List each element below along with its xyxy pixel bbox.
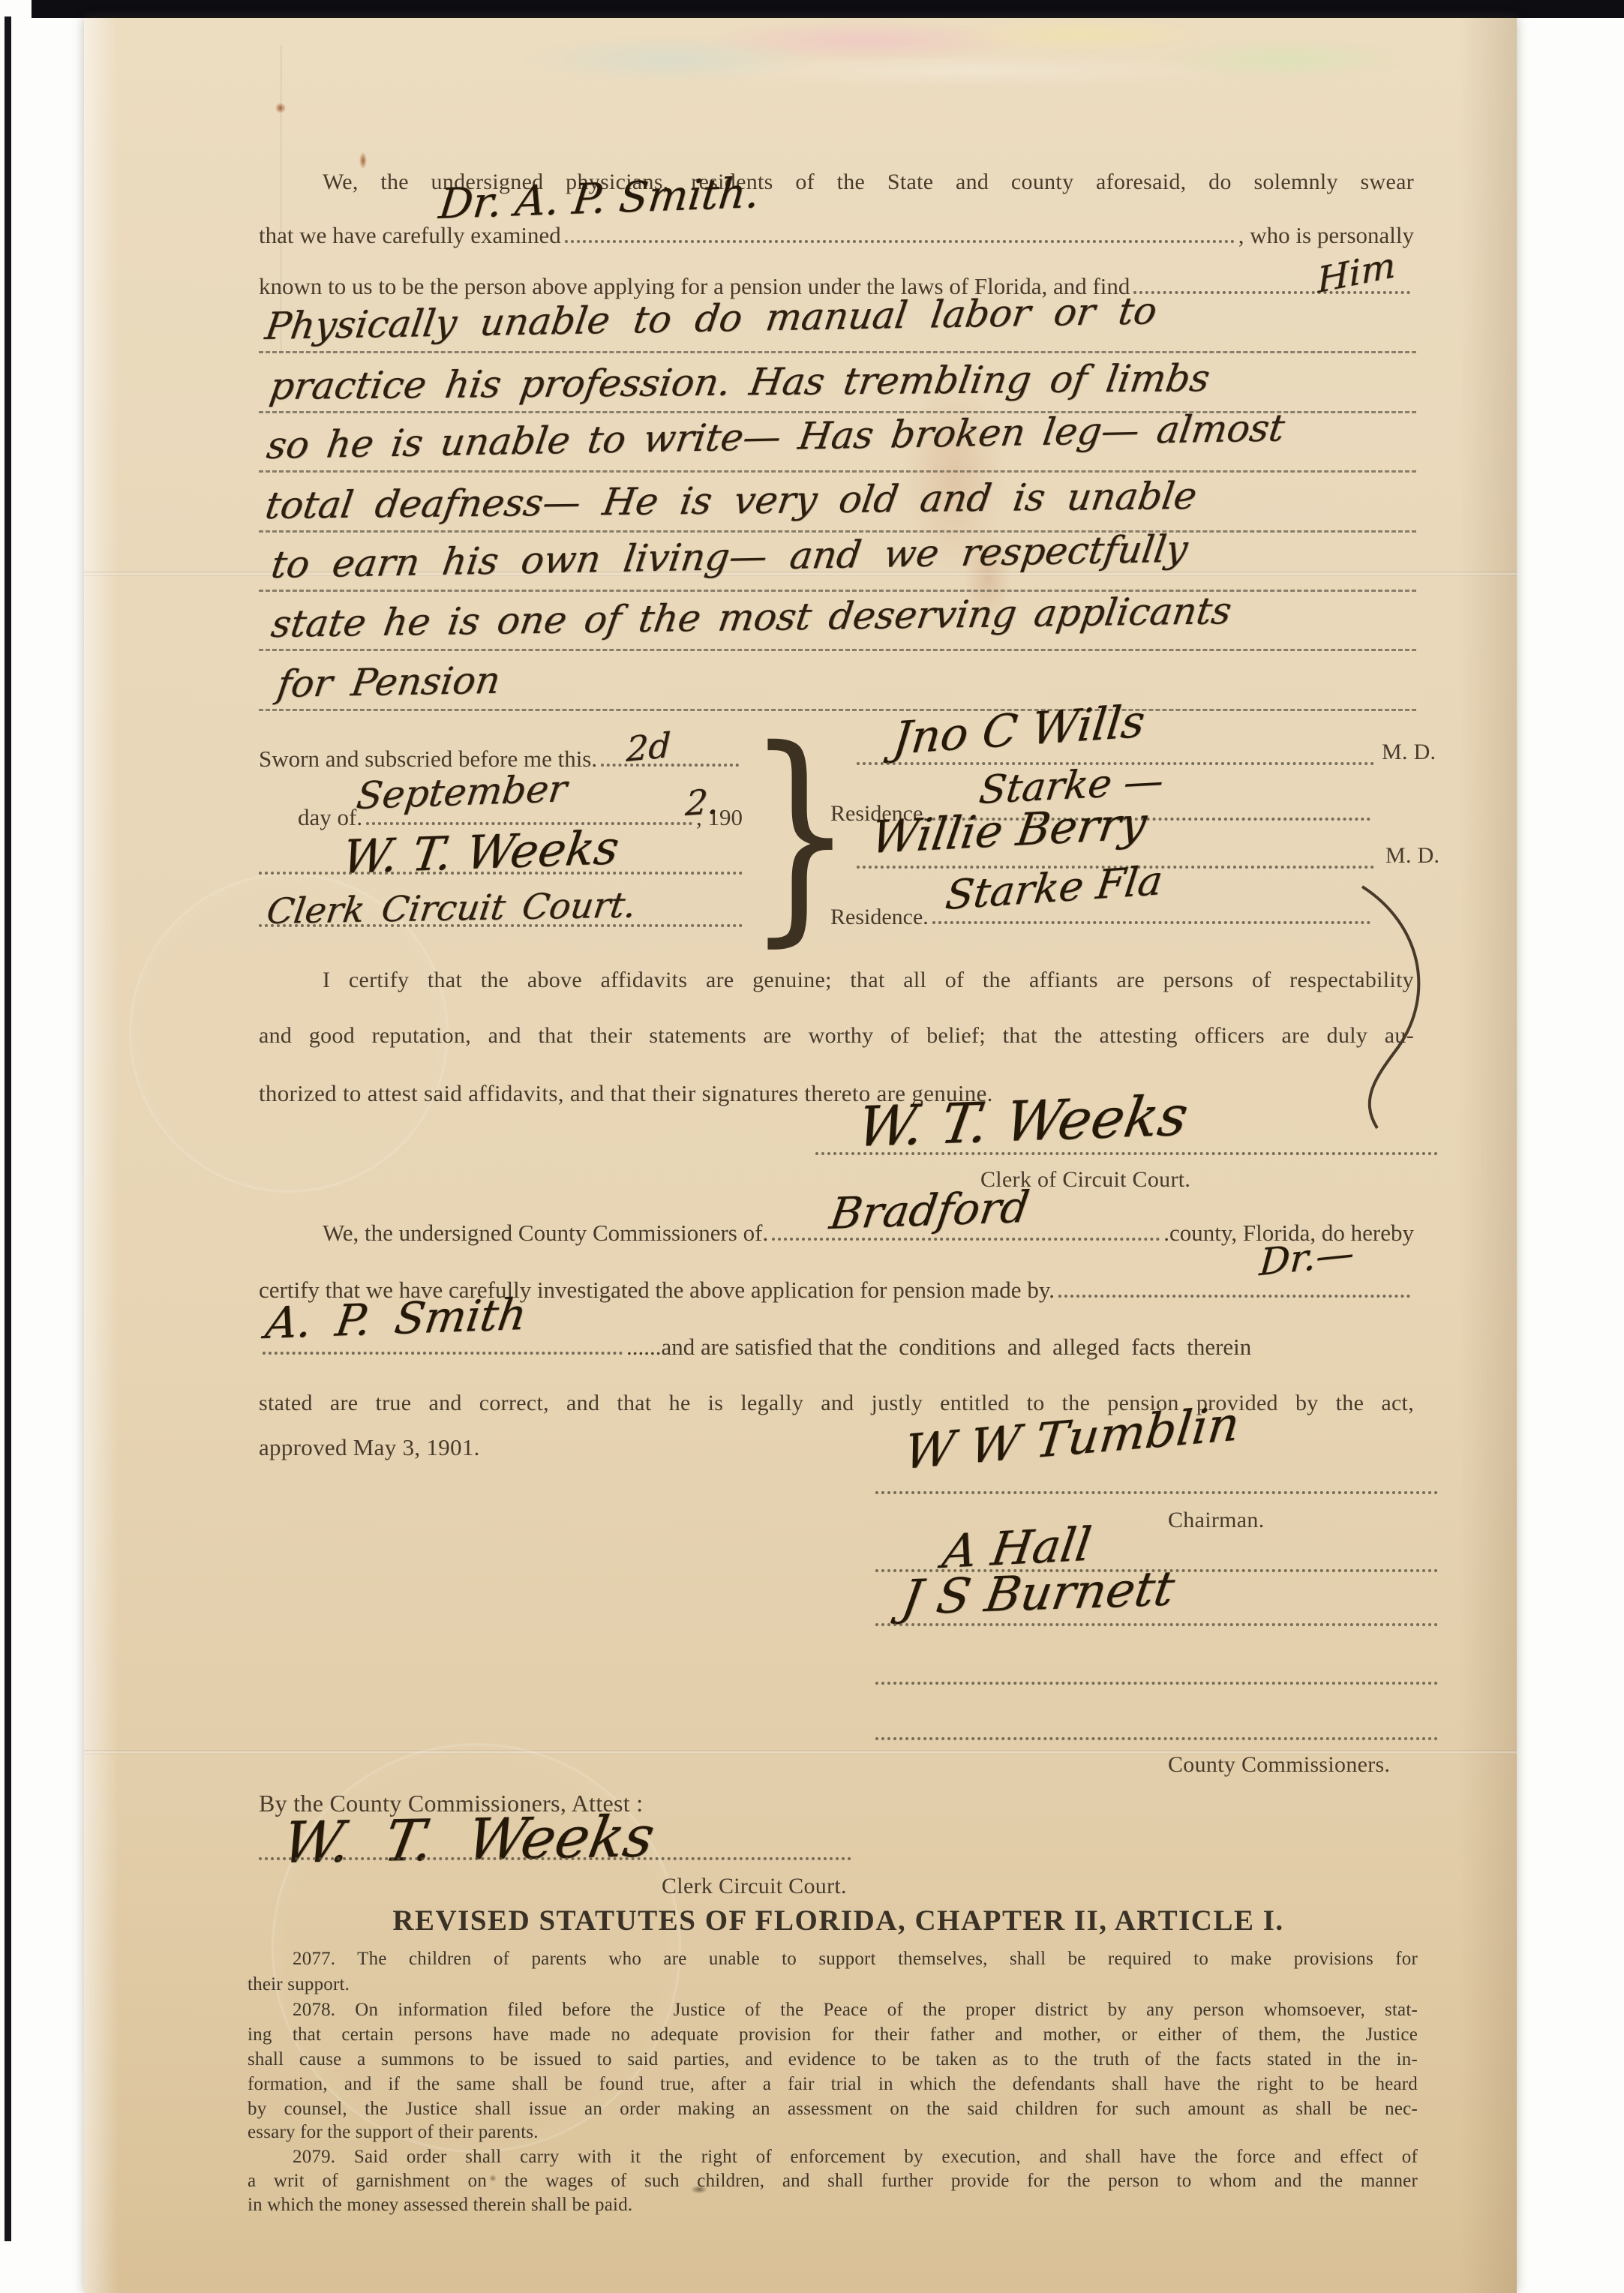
form-rule <box>259 530 1416 533</box>
plastic-glare <box>444 18 1517 123</box>
attest-clerk-title: Clerk Circuit Court. <box>662 1874 847 1899</box>
statute-2078-line: 2078. On information filed before the Ju… <box>293 2000 1418 2021</box>
statute-2078-line: by counsel, the Justice shall issue an o… <box>248 2099 1418 2120</box>
county-commissioners-label: County Commissioners. <box>1168 1752 1390 1778</box>
finding-line: state he is one of the most deserving ap… <box>269 589 1234 646</box>
signature-line <box>815 1152 1438 1155</box>
handwritten-day: 2d <box>626 725 671 770</box>
signature-physician-1: Jno C Wills <box>890 695 1148 765</box>
find-fill-line <box>1133 291 1410 294</box>
scan-edge-left <box>5 17 11 2241</box>
finding-line: to earn his own living— and we respectfu… <box>269 527 1190 587</box>
signature-commissioner-3: J S Burnett <box>898 1561 1178 1626</box>
statute-2079-line: 2079. Said order shall carry with it the… <box>293 2147 1418 2168</box>
finding-line: total deafness— He is very old and is un… <box>263 474 1199 527</box>
residence-fill-line-2 <box>932 921 1370 924</box>
certify-line-1: I certify that the above affidavits are … <box>323 968 1414 993</box>
handwritten-month: September <box>354 767 569 818</box>
signature-line <box>259 924 743 927</box>
handwritten-year-digit: 2. <box>684 781 720 824</box>
degree-label-1: M. D. <box>1382 740 1436 765</box>
signature-line <box>875 1737 1438 1740</box>
handwritten-examined-name: Dr. A. P. Smith. <box>437 169 762 229</box>
signature-attest-clerk: W. T. Weeks <box>278 1802 659 1876</box>
examined-label: that we have carefully examined <box>259 222 561 249</box>
signature-line <box>875 1491 1438 1494</box>
pen-flourish <box>1352 881 1449 1136</box>
residence-row-2: Residence. <box>830 905 1374 930</box>
commissioners-line-1-prefix: We, the undersigned County Commissioners… <box>323 1220 768 1247</box>
residence-label-2: Residence. <box>830 905 929 930</box>
form-rule <box>259 470 1416 473</box>
degree-label-2: M. D. <box>1385 843 1439 869</box>
statute-2078-line: ing that certain persons have made no ad… <box>248 2024 1418 2045</box>
statute-2078-line: essary for the support of their parents. <box>248 2122 1418 2143</box>
applicant-fill-line <box>263 1352 623 1355</box>
pension-document-page: We, the undersigned physicians, resident… <box>84 18 1517 2293</box>
statute-2078-line: shall cause a summons to be issued to sa… <box>248 2049 1418 2070</box>
signature-line <box>259 872 743 875</box>
statute-2077-line: 2077. The children of parents who are un… <box>293 1949 1418 1970</box>
finding-line: practice his profession. Has trembling o… <box>267 356 1213 408</box>
form-rule <box>259 351 1416 353</box>
chairman-title: Chairman. <box>1168 1508 1265 1533</box>
statute-2079-line: in which the money assessed therein shal… <box>248 2195 1418 2216</box>
affidavit-line-2: that we have carefully examined , who is… <box>259 222 1414 249</box>
signature-line <box>875 1623 1438 1626</box>
statute-2077-line: their support. <box>248 1974 1418 1995</box>
signature-officer: W. T. Weeks <box>339 820 623 884</box>
jurat-line-2-text: day of. <box>298 804 362 831</box>
signature-clerk: W. T. Weeks <box>853 1084 1193 1160</box>
commissioners-line-5: approved May 3, 1901. <box>259 1434 480 1461</box>
signature-line <box>875 1682 1438 1685</box>
certify-line-2: and good reputation, and that their stat… <box>259 1023 1414 1049</box>
made-by-fill-line <box>1058 1295 1410 1298</box>
finding-line: so he is unable to write— Has broken leg… <box>264 406 1287 467</box>
commissioners-line-3-suffix: ......and are satisfied that the conditi… <box>626 1334 1251 1361</box>
handwritten-county: Bradford <box>827 1181 1032 1239</box>
statute-2078-line: formation, and if the same shall be foun… <box>248 2074 1418 2095</box>
statutes-heading: REVISED STATUTES OF FLORIDA, CHAPTER II,… <box>259 1904 1418 1937</box>
examined-fill-line <box>565 240 1235 243</box>
statute-2079-line: a writ of garnishment on the wages of su… <box>248 2171 1418 2192</box>
finding-line: for Pension <box>275 659 503 706</box>
document-scan: { "page": { "physician_affidavit": { "li… <box>0 0 1624 2293</box>
form-rule <box>259 590 1416 592</box>
scan-edge-top <box>32 0 1624 18</box>
form-rule <box>259 649 1416 651</box>
signature-line <box>259 1857 851 1860</box>
handwritten-applicant: A. P. Smith <box>263 1289 530 1349</box>
